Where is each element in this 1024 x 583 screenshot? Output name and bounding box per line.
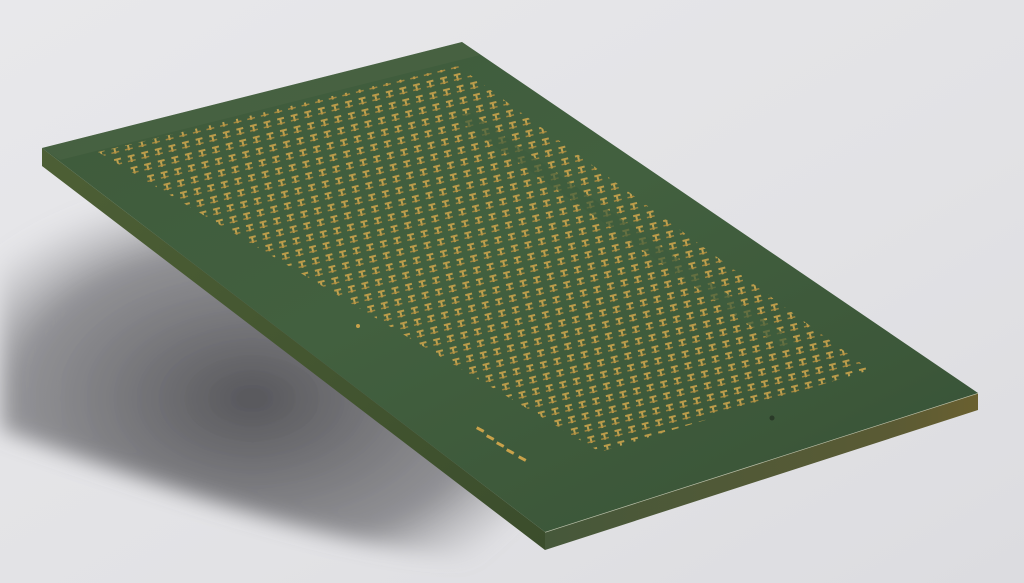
surface-speck [770,416,775,421]
photo-scene [0,0,1024,583]
surface-speck [356,324,360,328]
